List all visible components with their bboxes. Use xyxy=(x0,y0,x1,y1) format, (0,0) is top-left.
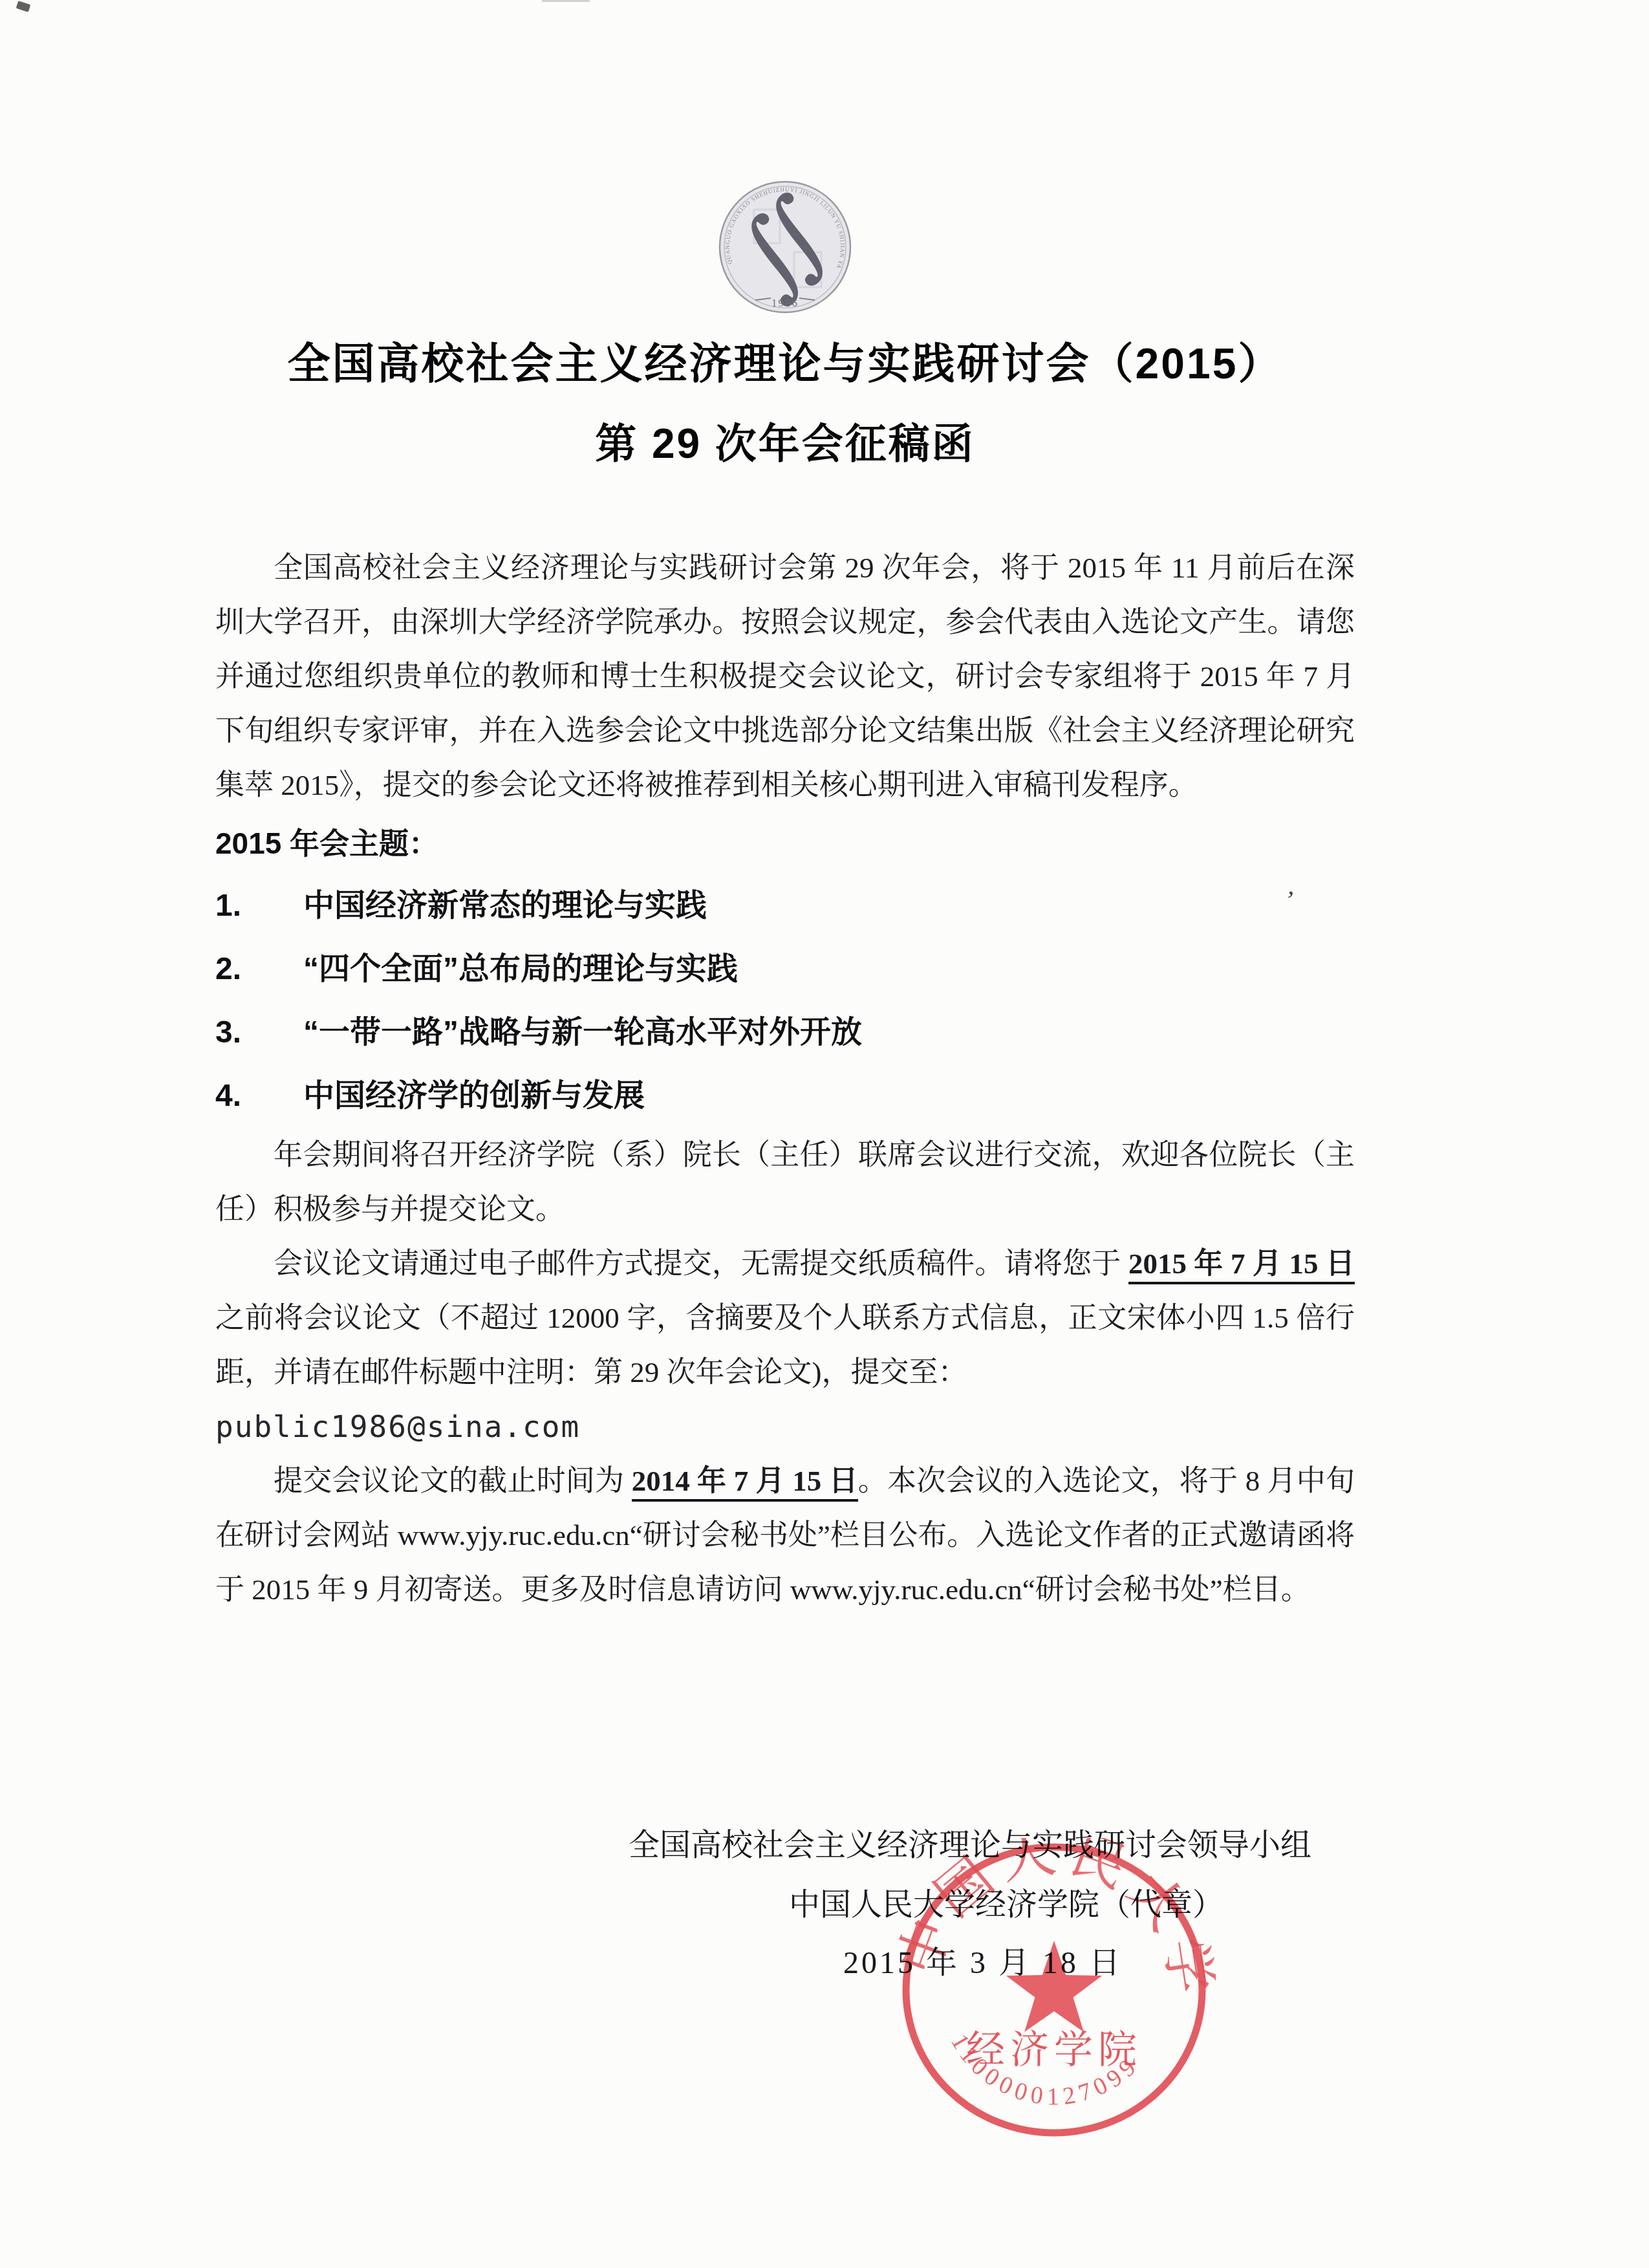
paragraph-intro: 全国高校社会主义经济理论与实践研讨会第 29 次年会，将于 2015 年 11 … xyxy=(215,541,1355,812)
doc-title-line1: 全国高校社会主义经济理论与实践研讨会（2015） xyxy=(215,338,1355,389)
topics-heading: 2015 年会主题： xyxy=(215,812,1355,874)
signature-school-line: 中国人民大学经济学院（代章） xyxy=(0,1886,1649,1925)
scan-artifact xyxy=(16,1,31,12)
deadline-date-emphasis: 2014 年 7 月 15 日 xyxy=(632,1465,858,1502)
topic-label: “四个全面”总布局的理论与实践 xyxy=(303,952,738,986)
submission-deadline-emphasis: 2015 年 7 月 15 日 xyxy=(1128,1247,1355,1284)
deadline-text-pre: 提交会议论文的截止时间为 xyxy=(274,1465,632,1497)
logo-year: 1986 xyxy=(771,297,799,309)
signature-org-line: 全国高校社会主义经济理论与实践研讨会领导小组 xyxy=(0,1826,1649,1865)
topic-item-1: 1.中国经济新常态的理论与实践 xyxy=(215,874,1355,938)
topics-list: 1.中国经济新常态的理论与实践 2.“四个全面”总布局的理论与实践 3.“一带一… xyxy=(215,874,1355,1128)
topic-item-2: 2.“四个全面”总布局的理论与实践 xyxy=(215,938,1355,1001)
topic-label: 中国经济学的创新与发展 xyxy=(303,1079,645,1113)
paragraph-deadline: 提交会议论文的截止时间为 2014 年 7 月 15 日。本次会议的入选论文，将… xyxy=(215,1454,1355,1617)
document-content: QUANGUO GAOXIAO SHEHUIZHUYI JINGJI LILUN… xyxy=(215,0,1355,1617)
topic-number: 2. xyxy=(215,938,303,1001)
topic-number: 1. xyxy=(215,874,303,938)
topic-number: 4. xyxy=(215,1064,303,1128)
submission-email: public1986@sina.com xyxy=(215,1399,1355,1454)
topic-number: 3. xyxy=(215,1001,303,1064)
document-page: ’ QUANGUO GAOXIAO SHEHUIZHUYI JINGJI LIL… xyxy=(0,0,1649,2268)
topic-label: “一带一路”战略与新一轮高水平对外开放 xyxy=(303,1015,862,1050)
topic-item-4: 4.中国经济学的创新与发展 xyxy=(215,1064,1355,1128)
doc-title-line2: 第 29 次年会征稿函 xyxy=(215,418,1355,470)
submission-text-post: 之前将会议论文（不超过 12000 字，含摘要及个人联系方式信息，正文宋体小四 … xyxy=(215,1302,1355,1388)
stamp-star-icon xyxy=(1006,1941,1102,2032)
official-red-stamp: 中国人民大学 经济学院 1100000127099 xyxy=(892,1838,1216,2142)
topic-item-3: 3.“一带一路”战略与新一轮高水平对外开放 xyxy=(215,1001,1355,1064)
submission-text-pre: 会议论文请通过电子邮件方式提交，无需提交纸质稿件。请将您于 xyxy=(274,1247,1128,1280)
signature-date-line: 2015 年 3 月 18 日 xyxy=(0,1944,1649,1983)
paragraph-submission: 会议论文请通过电子邮件方式提交，无需提交纸质稿件。请将您于 2015 年 7 月… xyxy=(215,1237,1355,1399)
org-logo: QUANGUO GAOXIAO SHEHUIZHUYI JINGJI LILUN… xyxy=(717,176,854,318)
paragraph-deans-meeting: 年会期间将召开经济学院（系）院长（主任）联席会议进行交流，欢迎各位院长（主任）积… xyxy=(215,1128,1355,1237)
org-logo-seal: QUANGUO GAOXIAO SHEHUIZHUYI JINGJI LILUN… xyxy=(717,176,854,318)
topic-label: 中国经济新常态的理论与实践 xyxy=(303,889,707,923)
doc-body: 全国高校社会主义经济理论与实践研讨会第 29 次年会，将于 2015 年 11 … xyxy=(215,541,1355,1617)
